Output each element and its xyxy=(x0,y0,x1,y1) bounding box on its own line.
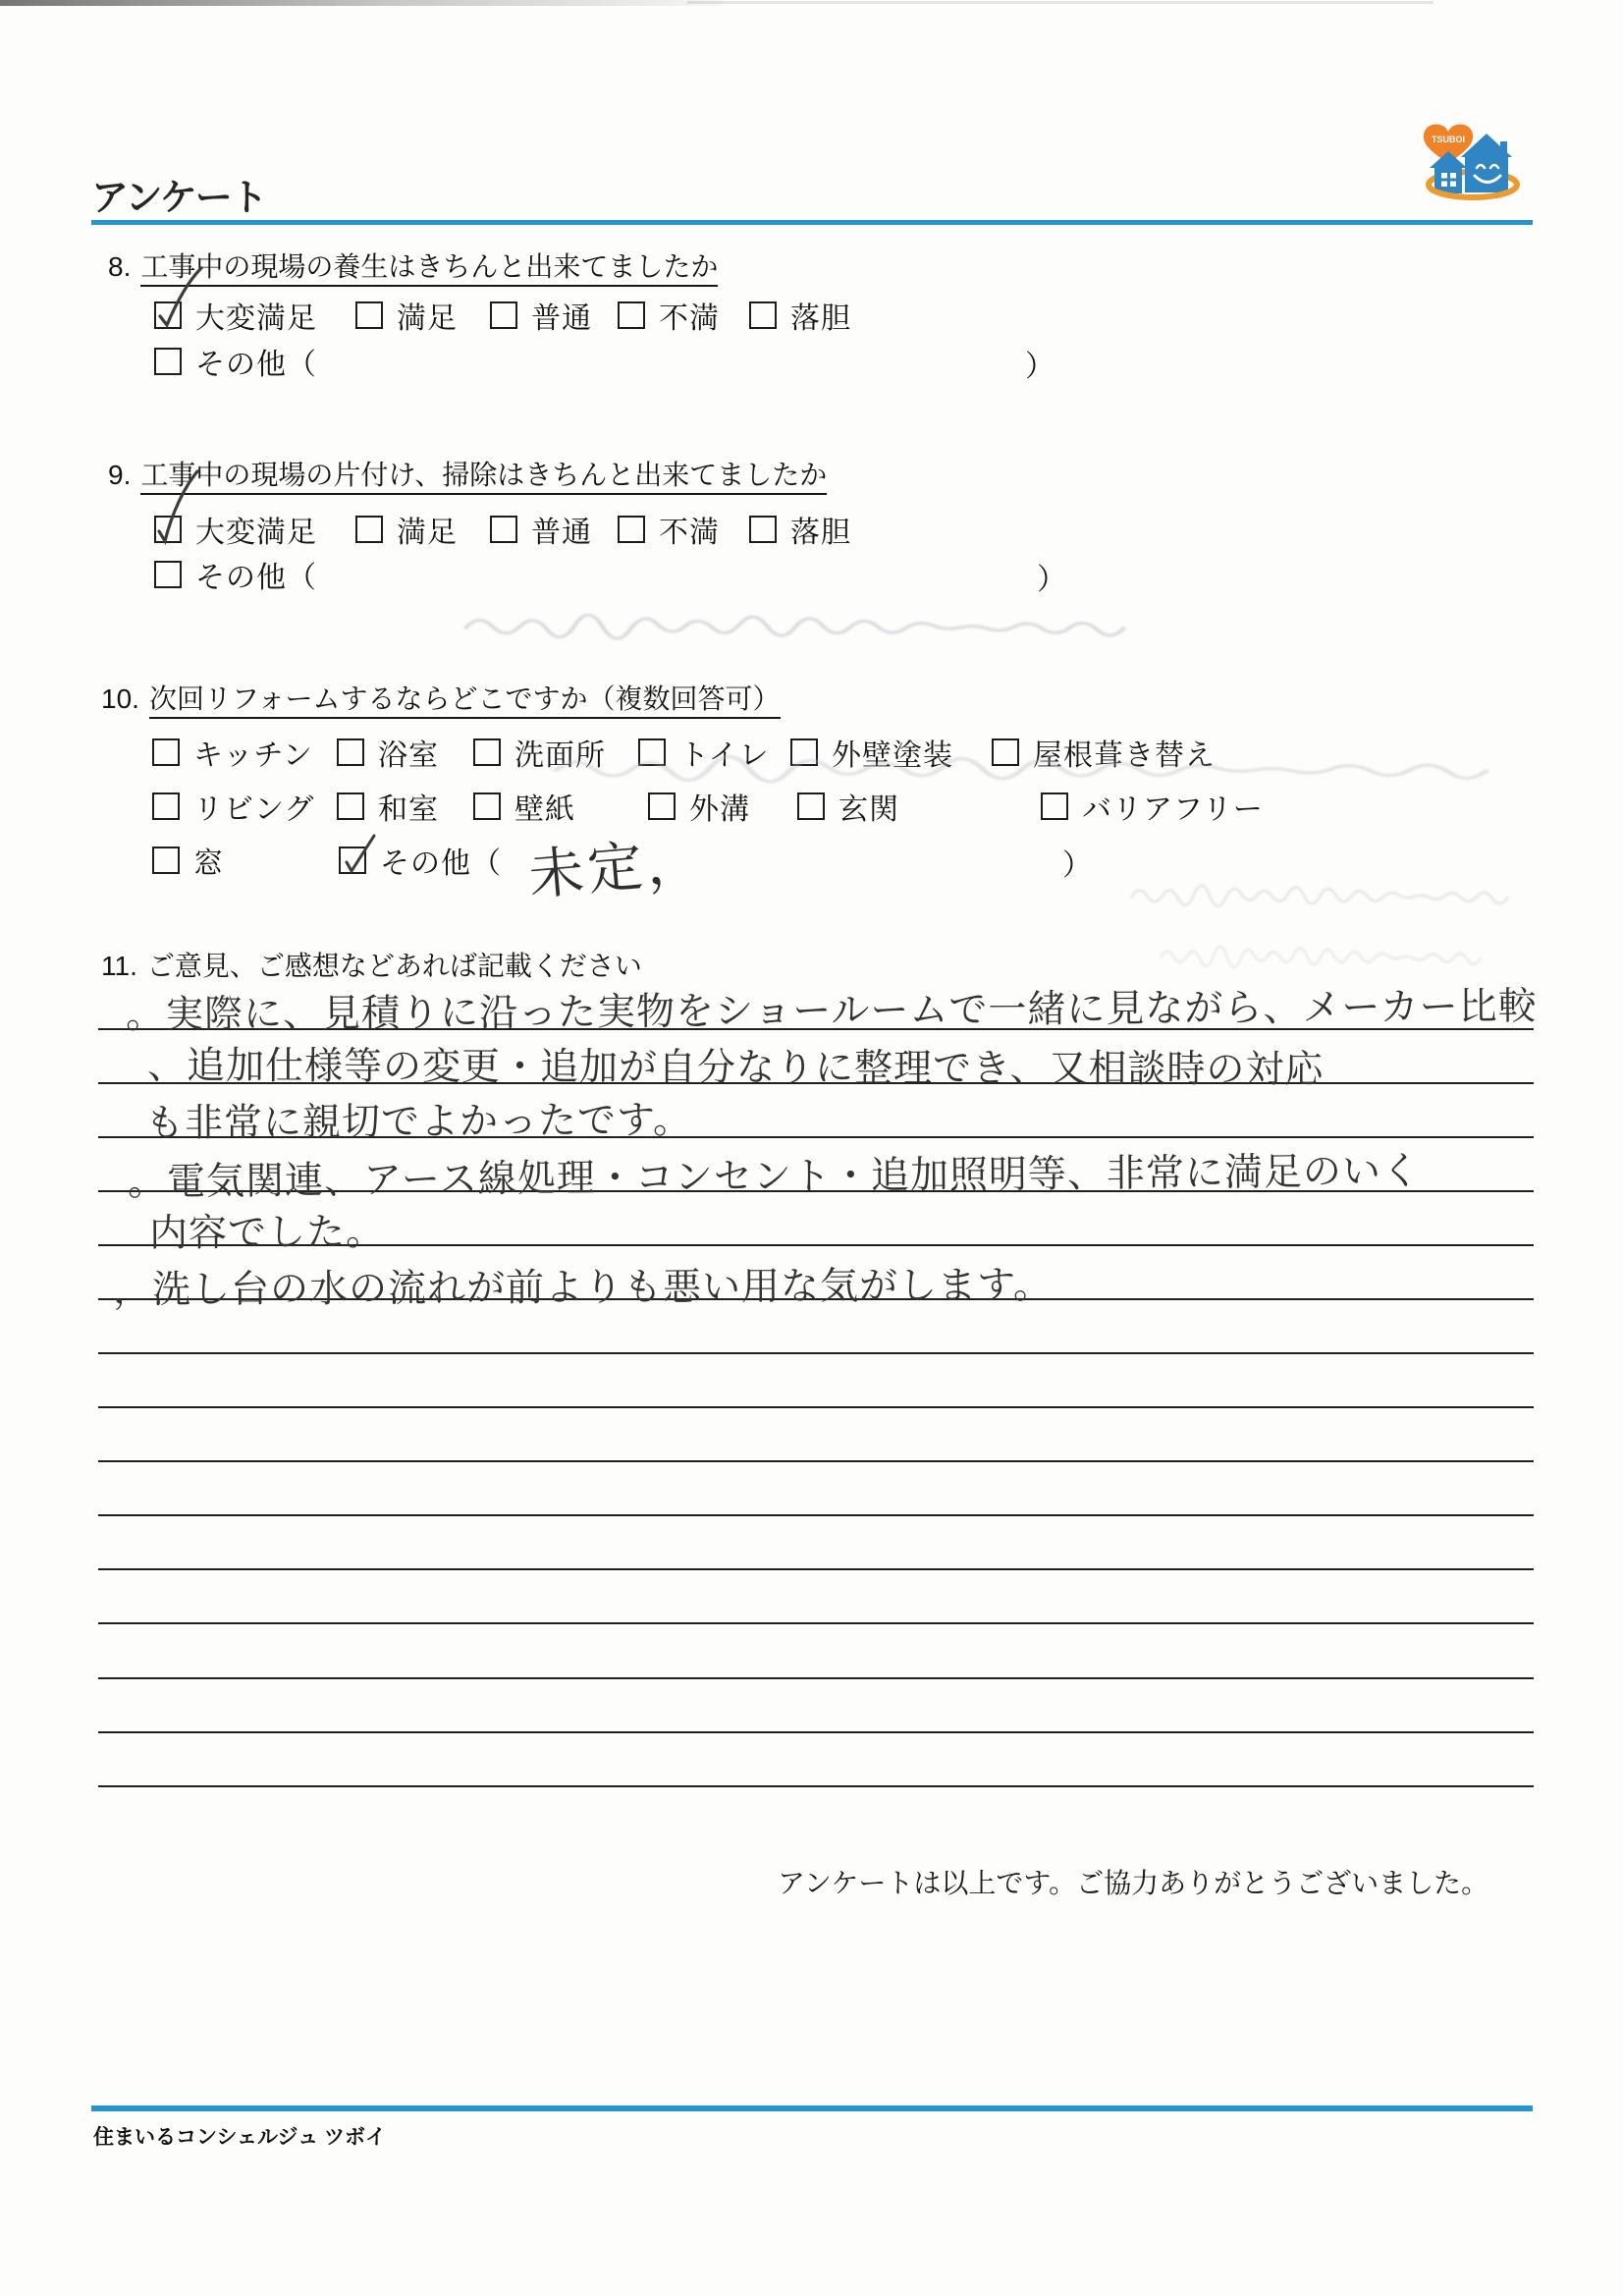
q8-checkbox-disappointed[interactable] xyxy=(749,301,777,329)
q8-checkbox-other[interactable] xyxy=(154,348,182,375)
page-title: アンケート xyxy=(91,167,266,221)
option-label: 落胆 xyxy=(790,294,851,337)
q8-checkbox-very-satisfied[interactable] xyxy=(154,301,182,329)
bleed-through-artifact xyxy=(461,611,1149,644)
bleed-through-artifact xyxy=(1159,943,1492,972)
q9-text: 工事中の現場の片付け、掃除はきちんと出来てましたか xyxy=(140,460,827,495)
q10-option-entrance: 玄関 xyxy=(797,785,899,828)
ruled-line xyxy=(98,1677,1534,1679)
q10-checkbox-washroom[interactable] xyxy=(473,738,501,766)
q8-option-satisfied: 満足 xyxy=(355,294,458,337)
question-11-heading: 11.ご意見、ご感想などあれば記載ください xyxy=(101,945,642,984)
option-label: 大変満足 xyxy=(195,508,317,551)
q10-other-handwritten-value[interactable]: 未定， xyxy=(525,817,708,910)
ruled-line xyxy=(98,1406,1534,1408)
closing-text: アンケートは以上です。ご協力ありがとうございました。 xyxy=(778,1862,1488,1901)
handwritten-comment-line: 。電気関連、アース線処理・コンセント・追加照明等、非常に満足のいく xyxy=(128,1140,1421,1206)
q10-checkbox-living[interactable] xyxy=(152,793,180,820)
small-house-icon xyxy=(1430,151,1467,193)
ruled-line xyxy=(98,1460,1534,1462)
ruled-line xyxy=(98,1622,1534,1624)
option-label: 浴室 xyxy=(378,731,439,774)
q9-number: 9. xyxy=(108,460,131,491)
q10-checkbox-entrance[interactable] xyxy=(797,793,825,820)
q10-checkbox-other[interactable] xyxy=(339,847,366,874)
scan-artifact-top-faint xyxy=(687,1,1434,4)
q8-text: 工事中の現場の養生はきちんと出来てましたか xyxy=(140,251,718,287)
q10-number: 10. xyxy=(101,683,139,715)
option-label: 満足 xyxy=(397,508,458,551)
q9-option-very-satisfied: 大変満足 xyxy=(154,508,317,551)
q9-checkbox-normal[interactable] xyxy=(490,516,517,543)
q9-option-other: その他（ xyxy=(154,553,317,596)
other-open-label: その他（ xyxy=(195,340,317,383)
q8-other-close-paren[interactable]: ） xyxy=(1025,342,1055,385)
other-open-label: その他（ xyxy=(380,839,502,882)
q9-option-dissatisfied: 不満 xyxy=(618,508,720,551)
other-open-label: その他（ xyxy=(195,553,317,596)
ruled-line xyxy=(98,1785,1534,1787)
q11-number: 11. xyxy=(101,951,137,982)
q8-option-dissatisfied: 不満 xyxy=(618,294,720,337)
question-9-heading: 9.工事中の現場の片付け、掃除はきちんと出来てましたか xyxy=(108,454,827,493)
ruled-line xyxy=(98,1568,1534,1570)
q9-checkbox-very-satisfied[interactable] xyxy=(154,516,182,543)
q10-option-kitchen: キッチン xyxy=(152,731,313,774)
q10-option-other: その他（ xyxy=(339,839,502,882)
q10-option-barrier-free: バリアフリー xyxy=(1041,785,1264,828)
q8-checkbox-satisfied[interactable] xyxy=(355,301,383,329)
q8-option-normal: 普通 xyxy=(490,294,592,337)
q8-option-disappointed: 落胆 xyxy=(749,294,851,337)
q8-option-very-satisfied: 大変満足 xyxy=(154,294,317,337)
q10-option-window: 窓 xyxy=(152,839,224,882)
q8-checkbox-normal[interactable] xyxy=(490,301,517,329)
handwritten-comment-line: 。実際に、見積りに沿った実物をショールームで一緒に見ながら、メーカー比較 xyxy=(126,976,1538,1040)
tsuboi-logo-graphic: TSUBOI xyxy=(1416,116,1526,208)
scan-artifact-top xyxy=(0,0,722,6)
option-label: 満足 xyxy=(397,294,458,337)
option-label: 普通 xyxy=(531,294,592,337)
q10-checkbox-japanese-room[interactable] xyxy=(337,793,364,820)
ruled-line xyxy=(98,1731,1534,1733)
q9-option-satisfied: 満足 xyxy=(355,508,458,551)
scanned-survey-page: アンケート TSUBOI xyxy=(0,0,1623,2296)
q10-checkbox-wallpaper[interactable] xyxy=(473,793,501,820)
q8-option-other: その他（ xyxy=(154,340,317,383)
q10-checkbox-outer-ditch[interactable] xyxy=(648,793,676,820)
q9-checkbox-dissatisfied[interactable] xyxy=(618,516,645,543)
option-label: 普通 xyxy=(531,508,592,551)
bleed-through-artifact xyxy=(550,752,1522,788)
option-label: 壁紙 xyxy=(514,785,575,828)
q10-option-bathroom: 浴室 xyxy=(337,731,439,774)
q10-checkbox-bathroom[interactable] xyxy=(337,738,364,766)
q10-option-japanese-room: 和室 xyxy=(337,785,439,828)
handwritten-checkmark xyxy=(338,831,383,882)
q11-text: ご意見、ご感想などあれば記載ください xyxy=(147,951,642,984)
logo-text: TSUBOI xyxy=(1432,135,1465,144)
q10-other-close-paren[interactable]: ） xyxy=(1062,841,1092,884)
handwritten-comment-line: 、追加仕様等の変更・追加が自分なりに整理でき、又相談時の対応 xyxy=(147,1035,1325,1094)
q9-other-close-paren[interactable]: ） xyxy=(1037,555,1066,598)
option-label: 大変満足 xyxy=(195,294,317,337)
ruled-line xyxy=(98,1514,1534,1516)
option-label: リビング xyxy=(193,785,314,828)
handwritten-comment-line: も非常に親切でよかったです。 xyxy=(145,1089,692,1147)
ruled-line xyxy=(98,1352,1534,1354)
q10-checkbox-barrier-free[interactable] xyxy=(1041,793,1068,820)
q10-checkbox-kitchen[interactable] xyxy=(152,738,180,766)
tsuboi-logo: TSUBOI xyxy=(1416,116,1526,208)
option-label: 玄関 xyxy=(839,785,899,828)
q9-checkbox-other[interactable] xyxy=(154,561,182,588)
option-label: 窓 xyxy=(193,839,224,882)
footer-rule xyxy=(91,2105,1533,2111)
q10-text: 次回リフォームするならどこですか（複数回答可） xyxy=(149,683,781,719)
question-8-heading: 8.工事中の現場の養生はきちんと出来てましたか xyxy=(108,246,718,285)
question-10-heading: 10.次回リフォームするならどこですか（複数回答可） xyxy=(101,678,781,717)
q8-checkbox-dissatisfied[interactable] xyxy=(618,301,645,329)
q9-option-disappointed: 落胆 xyxy=(749,508,851,551)
q9-checkbox-satisfied[interactable] xyxy=(355,516,383,543)
q9-option-normal: 普通 xyxy=(490,508,592,551)
footer-brand: 住まいるコンシェルジュ ツボイ xyxy=(93,2121,386,2151)
handwritten-comment-line: 内容でした。 xyxy=(149,1201,385,1257)
option-label: 不満 xyxy=(659,294,720,337)
q10-option-wallpaper: 壁紙 xyxy=(473,785,575,828)
option-label: キッチン xyxy=(193,731,313,774)
q8-number: 8. xyxy=(108,251,131,283)
option-label: バリアフリー xyxy=(1082,785,1264,828)
q10-checkbox-window[interactable] xyxy=(152,847,180,874)
option-label: 落胆 xyxy=(790,508,851,551)
bleed-through-artifact xyxy=(1129,882,1522,911)
q9-checkbox-disappointed[interactable] xyxy=(749,516,777,543)
option-label: 不満 xyxy=(659,508,720,551)
option-label: 和室 xyxy=(378,785,439,828)
title-underline xyxy=(91,220,1533,225)
handwritten-comment-line: ，洗し台の水の流れが前よりも悪い用な気がします。 xyxy=(113,1254,1053,1314)
q10-option-living: リビング xyxy=(152,785,314,828)
